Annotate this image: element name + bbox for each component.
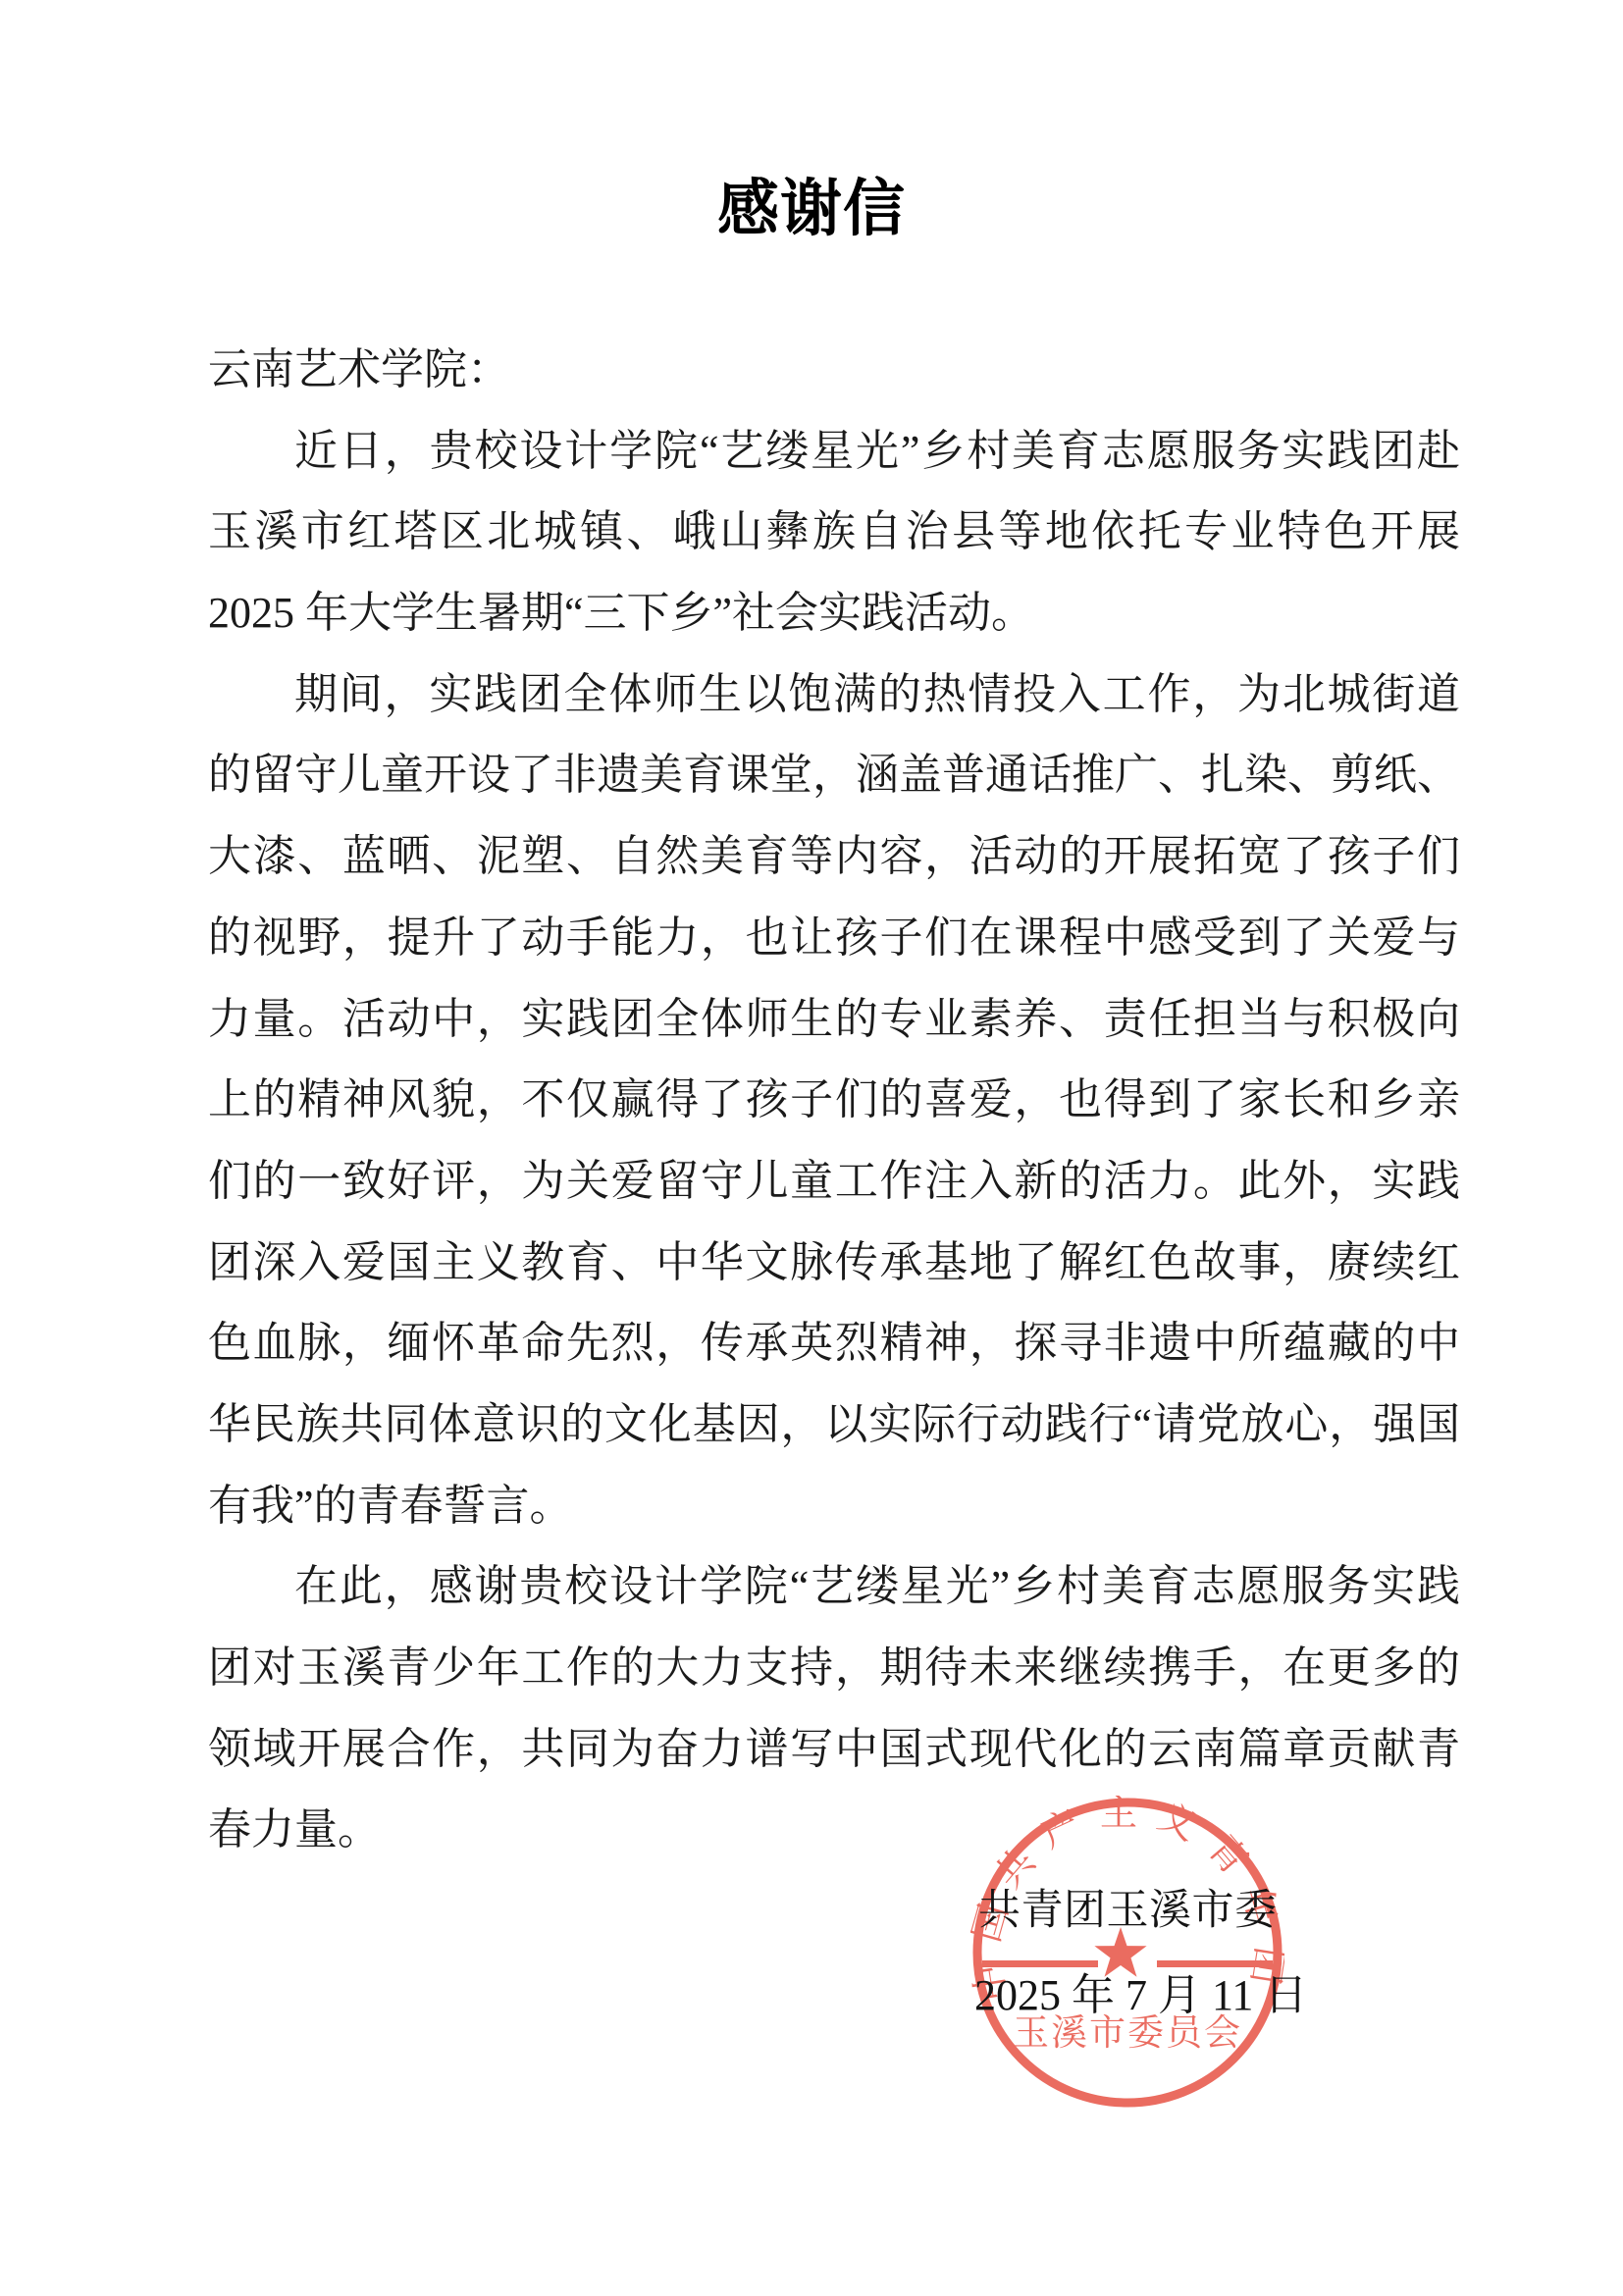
signature-org: 共青团玉溪市委 (978, 1886, 1278, 1937)
body-line: 们的一致好评，为关爱留守儿童工作注入新的活力。此外，实践 (208, 1141, 1460, 1223)
body-line: 玉溪市红塔区北城镇、峨山彝族自治县等地依托专业特色开展 (208, 492, 1460, 573)
body-line: 的视野，提升了动手能力，也让孩子们在课程中感受到了关爱与 (208, 898, 1460, 979)
body-line: 团深入爱国主义教育、中华文脉传承基地了解红色故事，赓续红 (208, 1223, 1460, 1304)
body-line: 近日，贵校设计学院“艺缕星光”乡村美育志愿服务实践团赴 (208, 411, 1460, 493)
body-line: 2025 年大学生暑期“三下乡”社会实践活动。 (208, 573, 1460, 654)
signature-date: 2025 年 7 月 11 日 (974, 1970, 1307, 2021)
body-line: 团对玉溪青少年工作的大力支持，期待未来继续携手，在更多的 (208, 1628, 1460, 1709)
body-line: 力量。活动中，实践团全体师生的专业素养、责任担当与积极向 (208, 979, 1460, 1061)
seal-left-bar (982, 1960, 1098, 1967)
body-line: 领域开展合作，共同为奋力谱写中国式现代化的云南篇章贡献青 (208, 1709, 1460, 1791)
letter-page: 感谢信 中国共产主义青年团 玉溪市委员会 云南艺术学院：近日，贵校设计学院“艺缕… (0, 0, 1623, 2296)
body-line: 的留守儿童开设了非遗美育课堂，涵盖普通话推广、扎染、剪纸、 (208, 735, 1460, 816)
letter-body: 云南艺术学院：近日，贵校设计学院“艺缕星光”乡村美育志愿服务实践团赴玉溪市红塔区… (208, 330, 1460, 1871)
seal-right-bar (1157, 1960, 1273, 1967)
body-line: 云南艺术学院： (208, 330, 1460, 411)
body-line: 春力量。 (208, 1790, 1460, 1871)
body-line: 华民族共同体意识的文化基因，以实际行动践行“请党放心，强国 (208, 1384, 1460, 1466)
body-line: 色血脉，缅怀革命先烈，传承英烈精神，探寻非遗中所蕴藏的中 (208, 1303, 1460, 1384)
letter-title: 感谢信 (0, 165, 1623, 253)
body-line: 有我”的青春誓言。 (208, 1466, 1460, 1547)
body-line: 在此，感谢贵校设计学院“艺缕星光”乡村美育志愿服务实践 (208, 1546, 1460, 1628)
body-line: 大漆、蓝晒、泥塑、自然美育等内容，活动的开展拓宽了孩子们 (208, 816, 1460, 898)
body-line: 期间，实践团全体师生以饱满的热情投入工作，为北城街道 (208, 654, 1460, 736)
body-line: 上的精神风貌，不仅赢得了孩子们的喜爱，也得到了家长和乡亲 (208, 1060, 1460, 1141)
